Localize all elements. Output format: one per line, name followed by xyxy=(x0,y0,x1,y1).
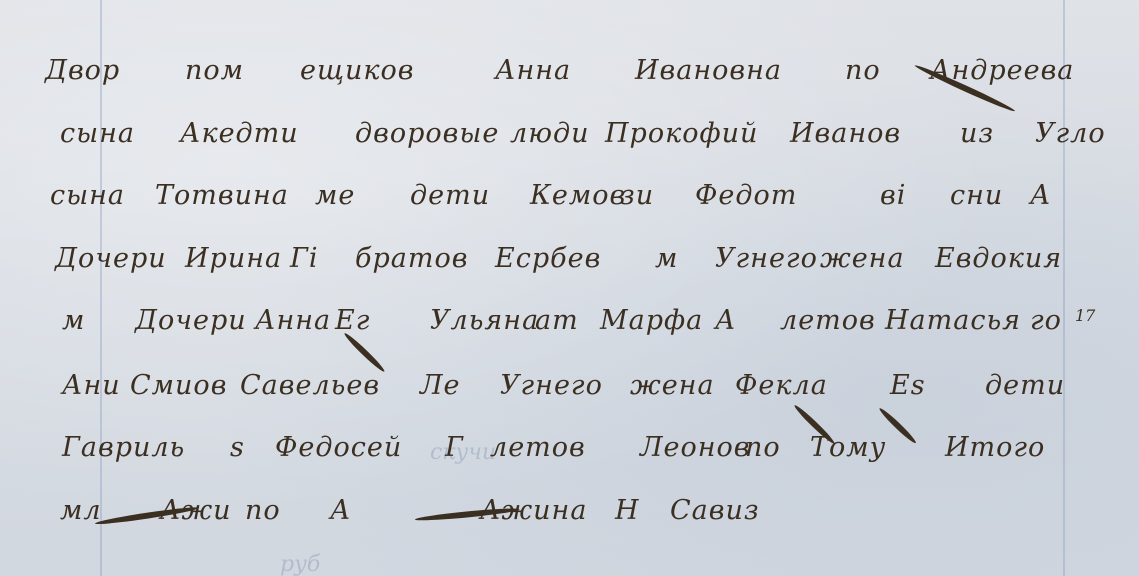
manuscript-word: Н xyxy=(615,495,640,526)
manuscript-word: дворовые xyxy=(355,118,499,149)
manuscript-page: скучи руб ДворпомещиковАннаИвановнапоАнд… xyxy=(0,0,1139,576)
manuscript-word: Дочери xyxy=(135,305,247,336)
manuscript-word: Итого xyxy=(945,432,1045,463)
manuscript-word: Акедти xyxy=(180,118,299,149)
manuscript-word: по xyxy=(245,495,281,526)
manuscript-word: Ле xyxy=(420,370,461,401)
manuscript-word: Угнего xyxy=(500,370,603,401)
manuscript-word: ещиков xyxy=(300,55,415,86)
manuscript-word: ат xyxy=(535,305,579,336)
manuscript-word: зи xyxy=(620,180,654,211)
manuscript-line: млАжипоААжинаНСавиз xyxy=(0,495,1139,555)
manuscript-word: Тому xyxy=(810,432,886,463)
manuscript-word: по xyxy=(745,432,781,463)
manuscript-line: мДочериАннаЕгУльянаатМарфаАлетовНатасьяг… xyxy=(0,305,1139,365)
manuscript-word: Ивановна xyxy=(635,55,782,86)
manuscript-word: жена xyxy=(820,243,905,274)
manuscript-word: жена xyxy=(630,370,715,401)
manuscript-word: Леонов xyxy=(640,432,751,463)
manuscript-word: А xyxy=(1030,180,1051,211)
manuscript-word: мл xyxy=(60,495,102,526)
manuscript-word: м xyxy=(62,305,85,336)
manuscript-line: ГаврильsФедосейГлетовЛеоновпоТомуИтого xyxy=(0,432,1139,492)
manuscript-word: Угло xyxy=(1035,118,1106,149)
manuscript-word: Ег xyxy=(335,305,370,336)
manuscript-line: сынаАкедтидворовыелюдиПрокофийИвановизУг… xyxy=(0,118,1139,178)
manuscript-word: Кемов xyxy=(530,180,626,211)
manuscript-word: Еs xyxy=(890,370,926,401)
manuscript-word: Фекла xyxy=(735,370,828,401)
manuscript-word: м xyxy=(655,243,678,274)
manuscript-word: Гi xyxy=(290,243,319,274)
manuscript-word: Гавриль xyxy=(62,432,185,463)
manuscript-word: Савельев xyxy=(240,370,380,401)
manuscript-line: ДворпомещиковАннаИвановнапоАндреева xyxy=(0,55,1139,115)
manuscript-word: А xyxy=(715,305,736,336)
manuscript-word: го xyxy=(1030,305,1062,336)
manuscript-line: АниСмиовСавельевЛеУгнегоженаФеклаЕsдети xyxy=(0,370,1139,430)
manuscript-word: Тотвина xyxy=(155,180,289,211)
manuscript-word: вi xyxy=(880,180,906,211)
manuscript-word: Натасья xyxy=(885,305,1021,336)
manuscript-word: Ани xyxy=(62,370,121,401)
manuscript-word: братов xyxy=(355,243,468,274)
manuscript-line: ДочериИринаГiбратовЕсрбевмУгнегоженаЕвдо… xyxy=(0,243,1139,303)
manuscript-line: сынаТотвинамедетиКемовзиФедотвiсниА xyxy=(0,180,1139,240)
manuscript-word: А xyxy=(330,495,351,526)
manuscript-word: Федосей xyxy=(275,432,402,463)
manuscript-word: Г xyxy=(445,432,464,463)
manuscript-word: из xyxy=(960,118,994,149)
manuscript-word: пом xyxy=(185,55,244,86)
manuscript-word: Угнего xyxy=(715,243,818,274)
manuscript-word: Савиз xyxy=(670,495,760,526)
manuscript-word: Смиов xyxy=(130,370,227,401)
manuscript-word: летов xyxy=(490,432,586,463)
manuscript-word: s xyxy=(230,432,245,463)
manuscript-word: Евдокия xyxy=(935,243,1062,274)
bleed-through-text: руб xyxy=(280,552,320,576)
manuscript-word: люди xyxy=(510,118,589,149)
manuscript-word: Прокофий xyxy=(605,118,758,149)
folio-number: 17 xyxy=(1075,306,1095,325)
manuscript-word: летов xyxy=(780,305,876,336)
manuscript-word: Анна xyxy=(255,305,331,336)
manuscript-word: Иванов xyxy=(790,118,901,149)
manuscript-word: дети xyxy=(410,180,490,211)
manuscript-word: Дочери xyxy=(55,243,167,274)
manuscript-word: Марфа xyxy=(600,305,703,336)
manuscript-word: сни xyxy=(950,180,1003,211)
manuscript-word: Анна xyxy=(495,55,571,86)
manuscript-word: Есрбев xyxy=(495,243,601,274)
manuscript-word: Двор xyxy=(45,55,120,86)
manuscript-word: ме xyxy=(315,180,355,211)
manuscript-word: Ульяна xyxy=(430,305,539,336)
manuscript-word: Федот xyxy=(695,180,797,211)
manuscript-word: сына xyxy=(60,118,135,149)
manuscript-word: дети xyxy=(985,370,1065,401)
manuscript-word: Ирина xyxy=(185,243,282,274)
manuscript-word: по xyxy=(845,55,881,86)
manuscript-word: сына xyxy=(50,180,125,211)
